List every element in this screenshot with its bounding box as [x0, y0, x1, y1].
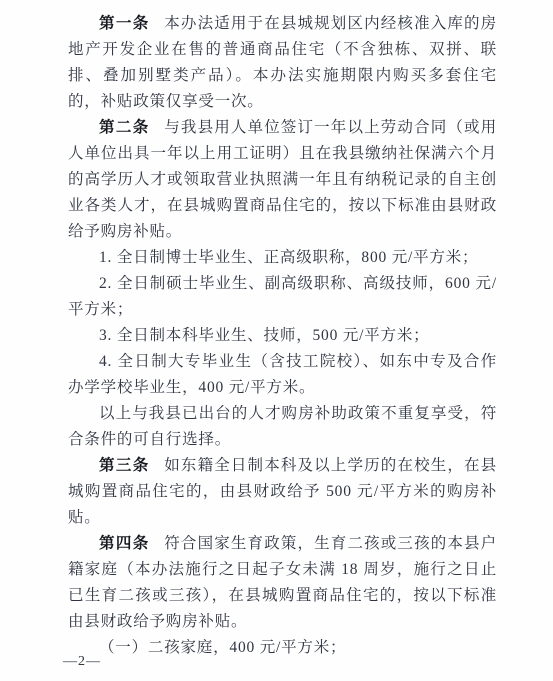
paragraph: （一）二孩家庭，400 元/平方米； — [68, 635, 497, 661]
paragraph: 第三条如东籍全日制本科及以上学历的在校生，在县城购置商品住宅的，由县财政给予 5… — [68, 453, 497, 531]
page-number: —2— — [63, 654, 101, 670]
paragraph-text: （一）二孩家庭，400 元/平方米； — [99, 639, 346, 656]
document-page: 第一条本办法适用于在县城规划区内经核准入库的房地产开发企业在售的普通商品住宅（不… — [0, 0, 553, 681]
paragraph-text: 与我县用人单位签订一年以上劳动合同（或用人单位出具一年以上用工证明）且在我县缴纳… — [68, 119, 497, 240]
article-label: 第一条 — [99, 15, 150, 32]
paragraph: 第四条符合国家生育政策，生育二孩或三孩的本县户籍家庭（本办法施行之日起子女未满 … — [68, 531, 497, 635]
document-body: 第一条本办法适用于在县城规划区内经核准入库的房地产开发企业在售的普通商品住宅（不… — [68, 11, 497, 661]
article-label: 第四条 — [99, 535, 150, 552]
article-label: 第二条 — [99, 119, 150, 136]
paragraph-text: 1. 全日制博士毕业生、正高级职称，800 元/平方米； — [99, 249, 478, 266]
paragraph-text: 2. 全日制硕士毕业生、副高级职称、高级技师，600 元/平方米； — [68, 275, 497, 318]
paragraph: 3. 全日制本科毕业生、技师，500 元/平方米； — [68, 323, 497, 349]
paragraph: 4. 全日制大专毕业生（含技工院校）、如东中专及合作办学学校毕业生，400 元/… — [68, 349, 497, 401]
paragraph: 以上与我县已出台的人才购房补助政策不重复享受，符合条件的可自行选择。 — [68, 401, 497, 453]
article-label: 第三条 — [99, 457, 150, 474]
paragraph: 1. 全日制博士毕业生、正高级职称，800 元/平方米； — [68, 245, 497, 271]
paragraph-text: 以上与我县已出台的人才购房补助政策不重复享受，符合条件的可自行选择。 — [68, 405, 497, 448]
paragraph: 第一条本办法适用于在县城规划区内经核准入库的房地产开发企业在售的普通商品住宅（不… — [68, 11, 497, 115]
paragraph: 2. 全日制硕士毕业生、副高级职称、高级技师，600 元/平方米； — [68, 271, 497, 323]
paragraph-text: 4. 全日制大专毕业生（含技工院校）、如东中专及合作办学学校毕业生，400 元/… — [68, 353, 497, 396]
paragraph-text: 3. 全日制本科毕业生、技师，500 元/平方米； — [99, 327, 429, 344]
paragraph: 第二条与我县用人单位签订一年以上劳动合同（或用人单位出具一年以上用工证明）且在我… — [68, 115, 497, 245]
